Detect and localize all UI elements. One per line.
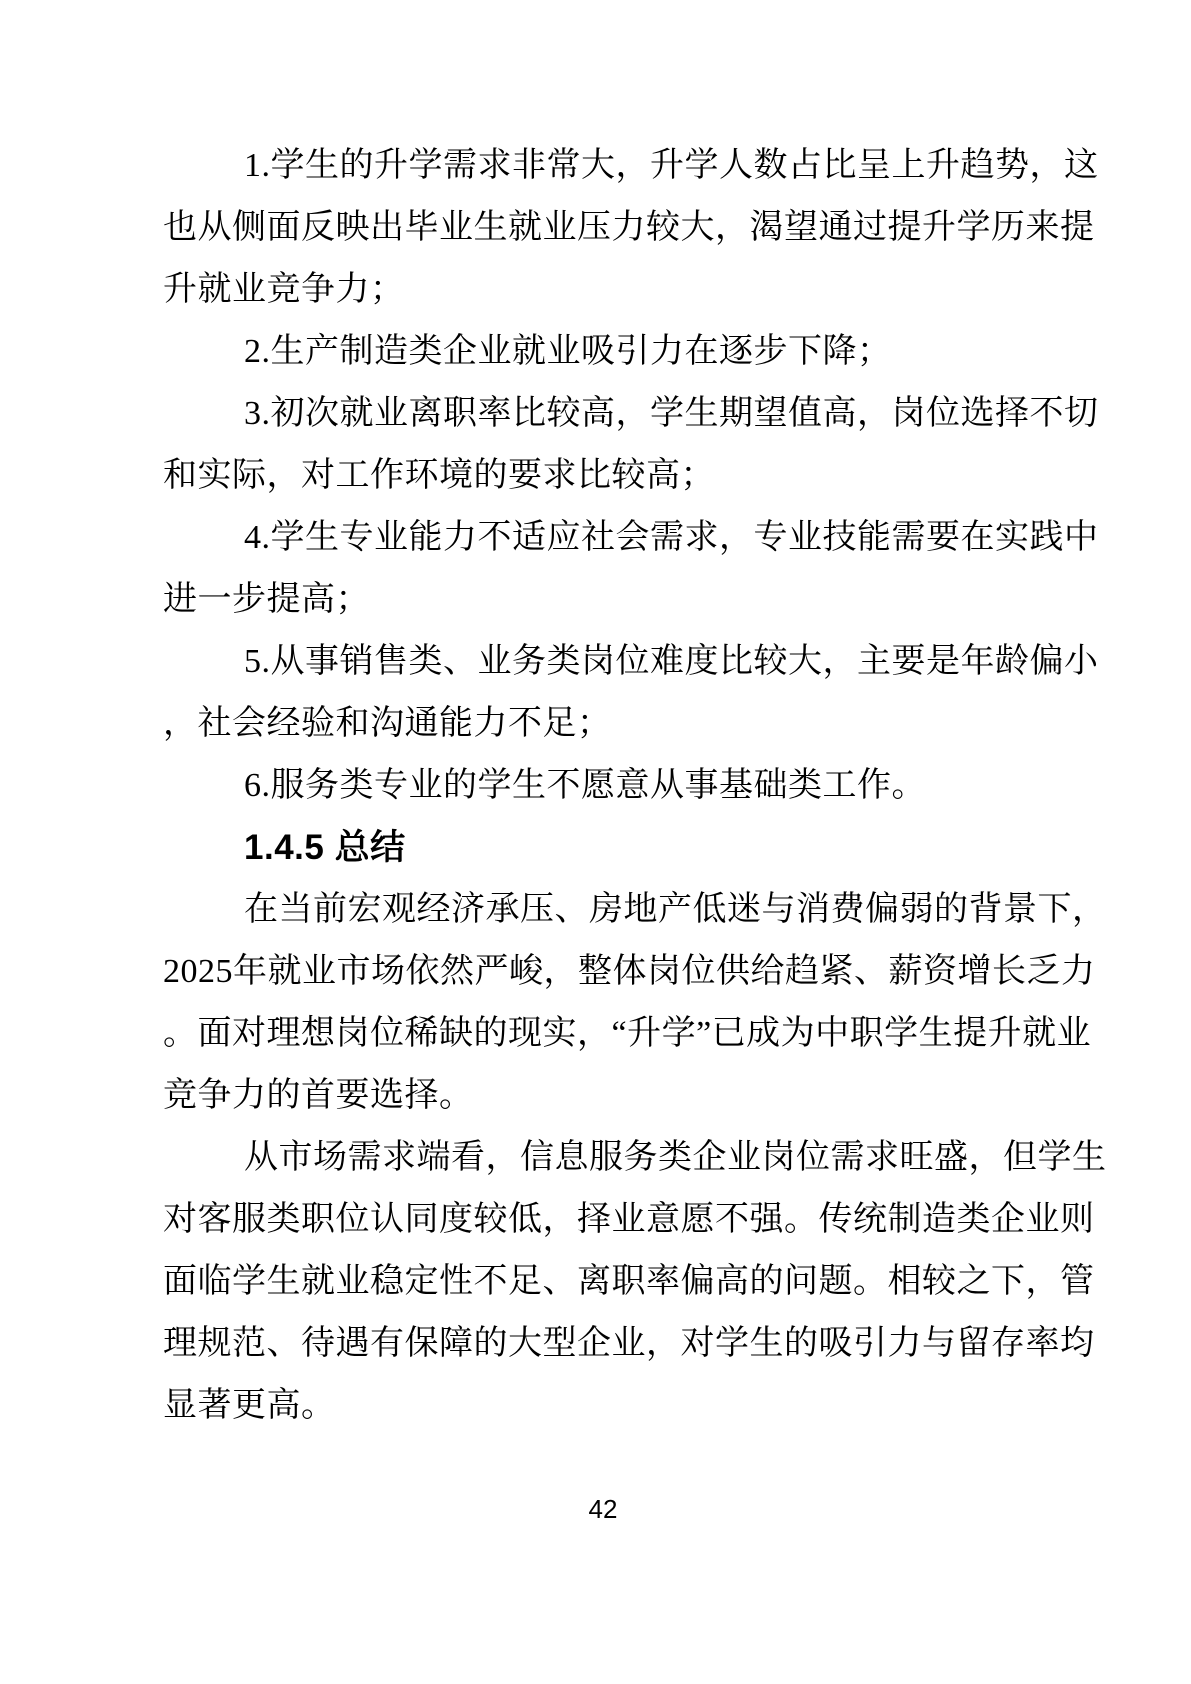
finding-2-line: 2.生产制造类企业就业吸引力在逐步下降； (163, 321, 1043, 383)
summary-paragraph-1-line: 竞争力的首要选择。 (163, 1065, 1043, 1127)
finding-3-continuation-line: 和实际，对工作环境的要求比较高； (163, 445, 1043, 507)
summary-paragraph-2-line: 理规范、待遇有保障的大型企业，对学生的吸引力与留存率均 (163, 1313, 1043, 1375)
finding-6-line: 6.服务类专业的学生不愿意从事基础类工作。 (163, 755, 1043, 817)
finding-4-continuation-line: 进一步提高； (163, 569, 1043, 631)
summary-paragraph-2-line: 从市场需求端看，信息服务类企业岗位需求旺盛，但学生 (163, 1127, 1043, 1189)
finding-1-continuation-line: 升就业竞争力； (163, 259, 1043, 321)
summary-paragraph-1-line: 在当前宏观经济承压、房地产低迷与消费偏弱的背景下， (163, 879, 1043, 941)
finding-5-continuation-line: ，社会经验和沟通能力不足； (163, 693, 1043, 755)
summary-paragraph-2-line: 对客服类职位认同度较低，择业意愿不强。传统制造类企业则 (163, 1189, 1043, 1251)
finding-3-line: 3.初次就业离职率比较高，学生期望值高，岗位选择不切 (163, 383, 1043, 445)
summary-paragraph-1-line: 2025年就业市场依然严峻，整体岗位供给趋紧、薪资增长乏力 (163, 941, 1043, 1003)
finding-5-line: 5.从事销售类、业务类岗位难度比较大，主要是年龄偏小 (163, 631, 1043, 693)
page-number: 42 (163, 1494, 1043, 1524)
document-body: 1.学生的升学需求非常大，升学人数占比呈上升趋势，这 也从侧面反映出毕业生就业压… (163, 135, 1043, 1437)
summary-paragraph-2-line: 显著更高。 (163, 1375, 1043, 1437)
summary-paragraph-2-line: 面临学生就业稳定性不足、离职率偏高的问题。相较之下，管 (163, 1251, 1043, 1313)
summary-paragraph-1-line: 。面对理想岗位稀缺的现实，“升学”已成为中职学生提升就业 (163, 1003, 1043, 1065)
finding-1-continuation-line: 也从侧面反映出毕业生就业压力较大，渴望通过提升学历来提 (163, 197, 1043, 259)
document-page: 1.学生的升学需求非常大，升学人数占比呈上升趋势，这 也从侧面反映出毕业生就业压… (0, 0, 1191, 1684)
finding-4-line: 4.学生专业能力不适应社会需求，专业技能需要在实践中 (163, 507, 1043, 569)
section-heading: 1.4.5 总结 (163, 817, 1043, 879)
finding-1-line: 1.学生的升学需求非常大，升学人数占比呈上升趋势，这 (163, 135, 1043, 197)
